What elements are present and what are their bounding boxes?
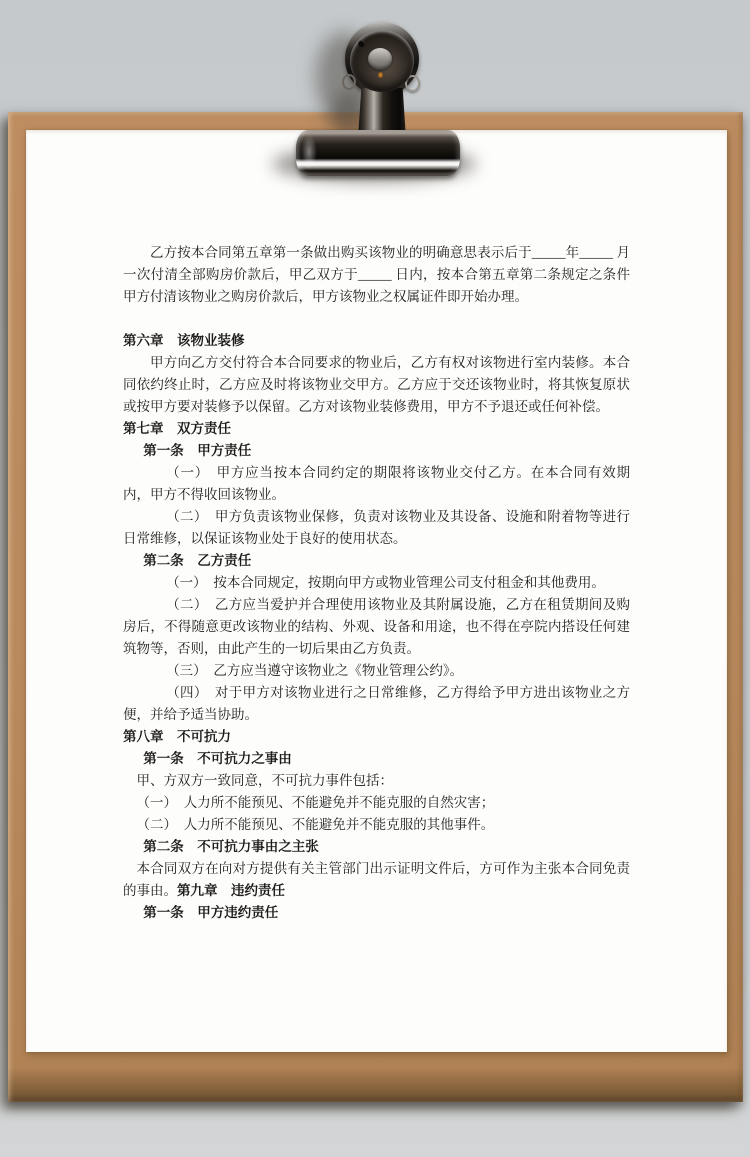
clip-bar (296, 130, 460, 176)
article-heading: 第二条 不可抗力事由之主张 (123, 836, 630, 858)
contract-paragraph: （四） 对于甲方对该物业进行之日常维修，乙方得给予甲方进出该物业之方便，并给予适… (123, 682, 630, 726)
contract-paragraph: （一） 人力所不能预见、不能避免并不能克服的自然灾害； (123, 792, 630, 814)
contract-paragraph: （一） 按本合同规定，按期向甲方或物业管理公司支付租金和其他费用。 (123, 572, 630, 594)
contract-paragraph: 甲方向乙方交付符合本合同要求的物业后，乙方有权对该物进行室内装修。本合同依约终止… (123, 352, 630, 418)
contract-text: 乙方按本合同第五章第一条做出购买该物业的明确意思表示后于_____年_____ … (26, 130, 727, 924)
clip-glint (378, 72, 383, 78)
chapter-heading: 第七章 双方责任 (123, 418, 630, 440)
contract-paragraph: 乙方按本合同第五章第一条做出购买该物业的明确意思表示后于_____年_____ … (123, 242, 630, 308)
contract-paragraph: （二） 人力所不能预见、不能避免并不能克服的其他事件。 (123, 814, 630, 836)
contract-paragraph: （二） 甲方负责该物业保修，负责对该物业及其设备、设施和附着物等进行日常维修，以… (123, 506, 630, 550)
article-heading: 第一条 甲方责任 (123, 440, 630, 462)
clip-screw-hole (358, 40, 365, 47)
contract-paragraph: （一） 甲方应当按本合同约定的期限将该物业交付乙方。在本合同有效期内，甲方不得收… (123, 462, 630, 506)
contract-paragraph: 本合同双方在向对方提供有关主管部门出示证明文件后，方可作为主张本合同免责的事由。… (123, 858, 630, 902)
clip-knob-hole (368, 48, 392, 70)
photo-background: 乙方按本合同第五章第一条做出购买该物业的明确意思表示后于_____年_____ … (0, 0, 750, 1157)
paragraph-spacer (123, 308, 630, 330)
clip-bar-highlight (301, 134, 317, 170)
article-heading: 第一条 甲方违约责任 (123, 902, 630, 924)
contract-paragraph: （三） 乙方应当遵守该物业之《物业管理公约》。 (123, 660, 630, 682)
contract-paragraph: 甲、方双方一致同意，不可抗力事件包括： (123, 770, 630, 792)
chapter-heading: 第八章 不可抗力 (123, 726, 630, 748)
chapter-heading: 第六章 该物业装修 (123, 330, 630, 352)
contract-paragraph: （二） 乙方应当爱护并合理使用该物业及其附属设施，乙方在租赁期间及购房后，不得随… (123, 594, 630, 660)
contract-page: 乙方按本合同第五章第一条做出购买该物业的明确意思表示后于_____年_____ … (26, 130, 727, 1052)
article-heading: 第一条 不可抗力之事由 (123, 748, 630, 770)
article-heading: 第二条 乙方责任 (123, 550, 630, 572)
inline-chapter-heading: 第九章 违约责任 (177, 883, 285, 898)
